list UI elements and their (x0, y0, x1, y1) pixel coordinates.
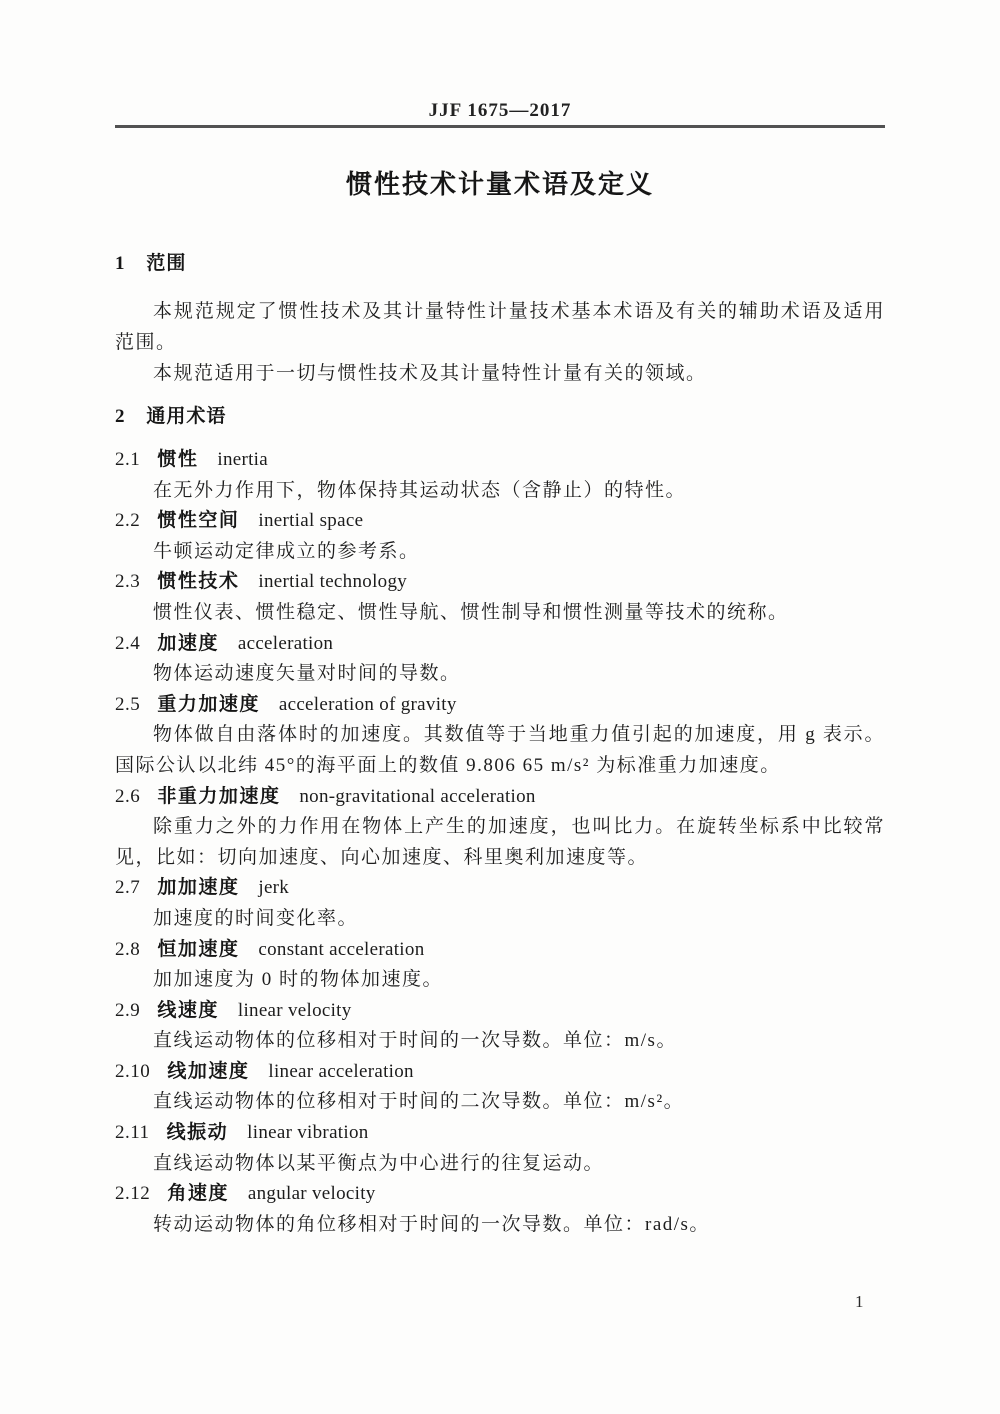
header-rule (115, 125, 885, 128)
term-name-en: inertia (217, 449, 268, 470)
term-name-zh: 角速度 (167, 1183, 229, 1204)
term-number: 2.11 (115, 1122, 150, 1143)
scope-paragraphs: 本规范规定了惯性技术及其计量特性计量技术基本术语及有关的辅助术语及适用范围。 本… (115, 296, 885, 389)
term-heading: 2.9线速度linear velocity (115, 996, 885, 1027)
section-number: 1 (115, 253, 126, 274)
term-number: 2.8 (115, 939, 140, 960)
term-heading: 2.1惯性inertia (115, 445, 885, 476)
term-name-en: angular velocity (248, 1183, 376, 1204)
term-heading: 2.8恒加速度constant acceleration (115, 935, 885, 966)
page-content: JJF 1675—2017 惯性技术计量术语及定义 1范围 本规范规定了惯性技术… (115, 0, 885, 1240)
document-page: JJF 1675—2017 惯性技术计量术语及定义 1范围 本规范规定了惯性技术… (0, 0, 1000, 1414)
term-number: 2.5 (115, 694, 140, 715)
term-definition: 除重力之外的力作用在物体上产生的加速度，也叫比力。在旋转坐标系中比较常见，比如：… (115, 812, 885, 873)
page-number: 1 (855, 1292, 864, 1312)
term-heading: 2.12角速度angular velocity (115, 1179, 885, 1210)
term-heading: 2.6非重力加速度non-gravitational acceleration (115, 782, 885, 813)
term-entry: 2.6非重力加速度non-gravitational acceleration … (115, 782, 885, 874)
term-entry: 2.12角速度angular velocity 转动运动物体的角位移相对于时间的… (115, 1179, 885, 1240)
term-definition: 加加速度为 0 时的物体加速度。 (115, 965, 885, 996)
term-number: 2.1 (115, 449, 140, 470)
term-name-en: non-gravitational acceleration (299, 786, 535, 807)
term-number: 2.9 (115, 1000, 140, 1021)
term-definition: 在无外力作用下，物体保持其运动状态（含静止）的特性。 (115, 476, 885, 507)
term-number: 2.7 (115, 877, 140, 898)
term-entry: 2.8恒加速度constant acceleration 加加速度为 0 时的物… (115, 935, 885, 996)
term-definition: 加速度的时间变化率。 (115, 904, 885, 935)
term-name-zh: 线振动 (167, 1122, 229, 1143)
term-entry: 2.3惯性技术inertial technology 惯性仪表、惯性稳定、惯性导… (115, 567, 885, 628)
term-name-en: inertial technology (258, 571, 407, 592)
term-heading: 2.7加加速度jerk (115, 873, 885, 904)
term-heading: 2.2惯性空间inertial space (115, 506, 885, 537)
doc-title: 惯性技术计量术语及定义 (115, 168, 885, 200)
section-heading-general-terms: 2通用术语 (115, 405, 885, 429)
term-entry: 2.11线振动linear vibration 直线运动物体以某平衡点为中心进行… (115, 1118, 885, 1179)
term-name-zh: 恒加速度 (157, 939, 239, 960)
term-number: 2.4 (115, 633, 140, 654)
term-definition: 直线运动物体的位移相对于时间的一次导数。单位：m/s。 (115, 1026, 885, 1057)
term-number: 2.10 (115, 1061, 150, 1082)
term-name-zh: 重力加速度 (157, 694, 260, 715)
section-title: 范围 (146, 253, 186, 274)
term-number: 2.6 (115, 786, 140, 807)
term-definition: 惯性仪表、惯性稳定、惯性导航、惯性制导和惯性测量等技术的统称。 (115, 598, 885, 629)
section-number: 2 (115, 406, 126, 427)
term-entry: 2.1惯性inertia 在无外力作用下，物体保持其运动状态（含静止）的特性。 (115, 445, 885, 506)
term-definition: 直线运动物体的位移相对于时间的二次导数。单位：m/s²。 (115, 1087, 885, 1118)
term-name-zh: 惯性技术 (157, 571, 239, 592)
section-title: 通用术语 (146, 406, 226, 427)
term-definition: 牛顿运动定律成立的参考系。 (115, 537, 885, 568)
term-name-en: acceleration (238, 633, 333, 654)
section-heading-scope: 1范围 (115, 252, 885, 276)
term-number: 2.2 (115, 510, 140, 531)
term-entry: 2.2惯性空间inertial space 牛顿运动定律成立的参考系。 (115, 506, 885, 567)
term-name-zh: 非重力加速度 (157, 786, 280, 807)
term-name-zh: 加加速度 (157, 877, 239, 898)
paragraph: 本规范适用于一切与惯性技术及其计量特性计量有关的领域。 (115, 358, 885, 389)
term-name-zh: 惯性空间 (157, 510, 239, 531)
terms-list: 2.1惯性inertia 在无外力作用下，物体保持其运动状态（含静止）的特性。 … (115, 445, 885, 1240)
term-entry: 2.10线加速度linear acceleration 直线运动物体的位移相对于… (115, 1057, 885, 1118)
term-entry: 2.4加速度acceleration 物体运动速度矢量对时间的导数。 (115, 629, 885, 690)
term-entry: 2.7加加速度jerk 加速度的时间变化率。 (115, 873, 885, 934)
paragraph: 本规范规定了惯性技术及其计量特性计量技术基本术语及有关的辅助术语及适用范围。 (115, 296, 885, 358)
term-heading: 2.4加速度acceleration (115, 629, 885, 660)
term-definition: 转动运动物体的角位移相对于时间的一次导数。单位：rad/s。 (115, 1210, 885, 1241)
term-name-en: linear vibration (247, 1122, 368, 1143)
term-name-zh: 惯性 (157, 449, 198, 470)
term-name-zh: 加速度 (157, 633, 219, 654)
term-entry: 2.9线速度linear velocity 直线运动物体的位移相对于时间的一次导… (115, 996, 885, 1057)
term-heading: 2.5重力加速度acceleration of gravity (115, 690, 885, 721)
term-name-en: linear acceleration (268, 1061, 413, 1082)
term-name-en: constant acceleration (258, 939, 424, 960)
term-heading: 2.10线加速度linear acceleration (115, 1057, 885, 1088)
term-name-zh: 线速度 (157, 1000, 219, 1021)
term-entry: 2.5重力加速度acceleration of gravity 物体做自由落体时… (115, 690, 885, 782)
doc-header: JJF 1675—2017 (115, 100, 885, 122)
term-name-en: linear velocity (238, 1000, 352, 1021)
term-heading: 2.3惯性技术inertial technology (115, 567, 885, 598)
term-heading: 2.11线振动linear vibration (115, 1118, 885, 1149)
term-name-zh: 线加速度 (167, 1061, 249, 1082)
term-name-en: inertial space (258, 510, 363, 531)
term-definition: 物体运动速度矢量对时间的导数。 (115, 659, 885, 690)
term-definition: 物体做自由落体时的加速度。其数值等于当地重力值引起的加速度，用 g 表示。国际公… (115, 720, 885, 781)
term-definition: 直线运动物体以某平衡点为中心进行的往复运动。 (115, 1149, 885, 1180)
term-number: 2.3 (115, 571, 140, 592)
term-name-en: jerk (258, 877, 289, 898)
term-number: 2.12 (115, 1183, 150, 1204)
term-name-en: acceleration of gravity (279, 694, 457, 715)
